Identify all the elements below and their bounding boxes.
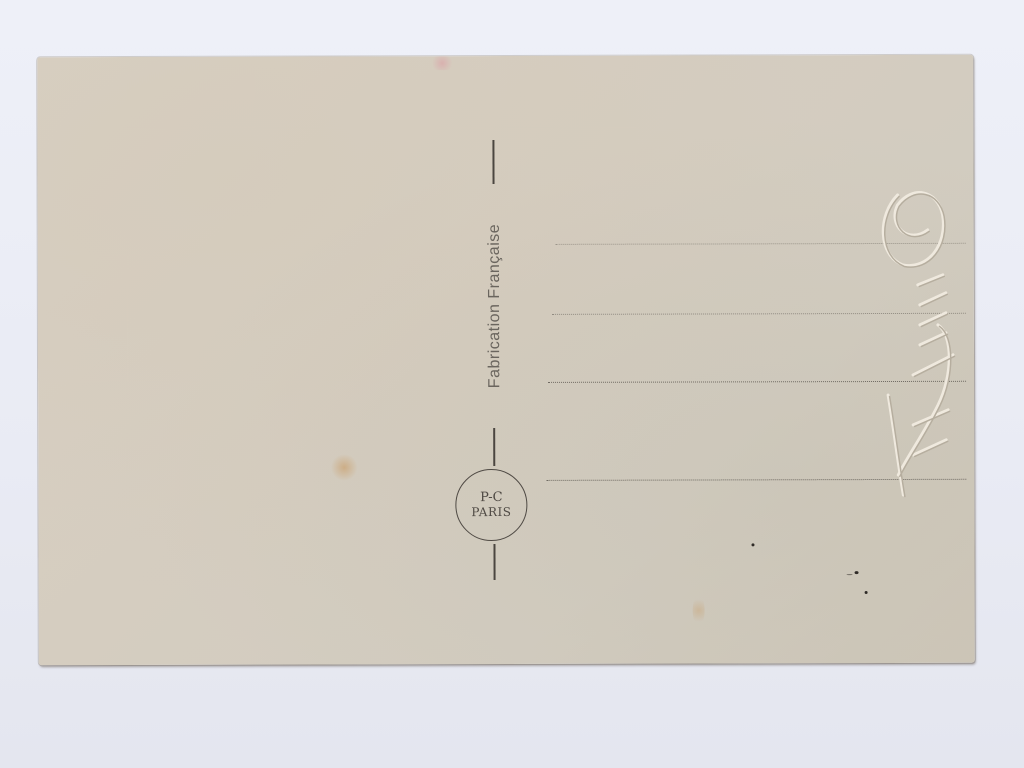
foxing-stain — [330, 454, 358, 480]
ink-speck — [751, 543, 754, 546]
foxing-stain — [693, 595, 705, 625]
postcard-back: Fabrication Française P-C PARIS — [37, 55, 975, 665]
divider-line-bottom — [493, 544, 495, 580]
divider-line-middle — [493, 428, 495, 466]
ink-speck — [847, 574, 853, 575]
stamp-line-1: P-C — [480, 490, 502, 505]
stamp-line-2: PARIS — [471, 505, 511, 520]
ink-speck — [865, 591, 868, 594]
pink-stain — [429, 56, 455, 70]
publisher-stamp: P-C PARIS — [455, 469, 527, 541]
manufacturer-label: Fabrication Française — [480, 206, 511, 406]
ink-speck — [855, 571, 859, 574]
embossed-script-mark — [858, 175, 959, 505]
divider-line-top — [492, 140, 494, 184]
